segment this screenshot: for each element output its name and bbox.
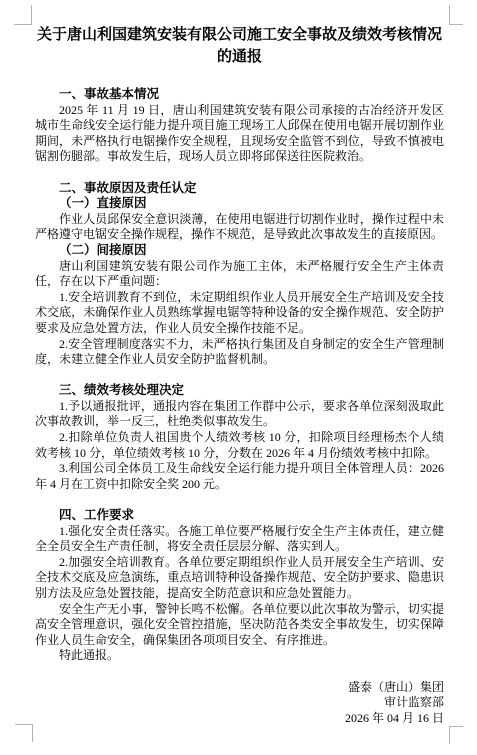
section-2-sub-2-item-1: 1.安全培训教育不到位，未定期组织作业人员开展安全生产培训及安全技术交底，未确保… xyxy=(35,290,444,337)
margin-mark-bottom-left-icon xyxy=(15,724,33,742)
margin-mark-bottom-right-icon xyxy=(449,726,463,744)
section-2-sub-2-heading: （二）间接原因 xyxy=(35,243,444,259)
doc-title: 关于唐山利国建筑安装有限公司施工安全事故及绩效考核情况的通报 xyxy=(35,24,444,68)
margin-mark-top-right-icon xyxy=(449,5,463,25)
document-page: 关于唐山利国建筑安装有限公司施工安全事故及绩效考核情况的通报 一、事故基本情况 … xyxy=(0,0,477,755)
notice-closing-line: 特此通报。 xyxy=(35,648,444,664)
section-4-item-2: 2.加强安全培训教育。各单位要定期组织作业人员开展安全生产培训、安全技术交底及应… xyxy=(35,555,444,602)
section-4-closing-paragraph: 安全生产无小事，警钟长鸣不松懈。各单位要以此次事故为警示，切实提高安全管理意识，… xyxy=(35,602,444,649)
signature-dept: 审计监察部 xyxy=(35,695,444,711)
section-3-item-2: 2.扣除单位负责人祖国贵个人绩效考核 10 分，扣除项目经理杨杰个人绩效考核 1… xyxy=(35,430,444,461)
section-3-item-1: 1.予以通报批评，通报内容在集团工作群中公示，要求各单位深刻汲取此次事故教训，举… xyxy=(35,399,444,430)
section-3-item-3: 3.利国公司全体员工及生命线安全运行能力提升项目全体管理人员：2026 年 4 … xyxy=(35,461,444,492)
signature-block: 盛泰（唐山）集团 审计监察部 2026 年 04 月 16 日 xyxy=(35,680,444,727)
section-1-heading: 一、事故基本情况 xyxy=(35,87,444,103)
section-2-sub-1-heading: （一）直接原因 xyxy=(35,196,444,212)
section-2-sub-1-paragraph: 作业人员邱保安全意识淡薄，在使用电锯进行切割作业时，操作过程中未严格遵守电锯安全… xyxy=(35,212,444,243)
document-content: 关于唐山利国建筑安装有限公司施工安全事故及绩效考核情况的通报 一、事故基本情况 … xyxy=(35,24,444,726)
signature-date: 2026 年 04 月 16 日 xyxy=(35,711,444,727)
section-1-paragraph: 2025 年 11 月 19 日，唐山利国建筑安装有限公司承接的古冶经济开发区城… xyxy=(35,103,444,165)
section-3-heading: 三、绩效考核处理决定 xyxy=(35,383,444,399)
section-2-heading: 二、事故原因及责任认定 xyxy=(35,181,444,197)
section-2-sub-2-paragraph: 唐山利国建筑安装有限公司作为施工主体，未严格履行安全生产主体责任，存在以下严重问… xyxy=(35,259,444,290)
section-2-sub-2-item-2: 2.安全管理制度落实不力，未严格执行集团及自身制定的安全生产管理制度，未建立健全… xyxy=(35,337,444,368)
section-4-item-1: 1.强化安全责任落实。各施工单位要严格履行安全生产主体责任，建立健全全员安全生产… xyxy=(35,524,444,555)
margin-mark-top-left-icon xyxy=(14,5,32,25)
signature-org: 盛泰（唐山）集团 xyxy=(35,680,444,696)
section-4-heading: 四、工作要求 xyxy=(35,508,444,524)
